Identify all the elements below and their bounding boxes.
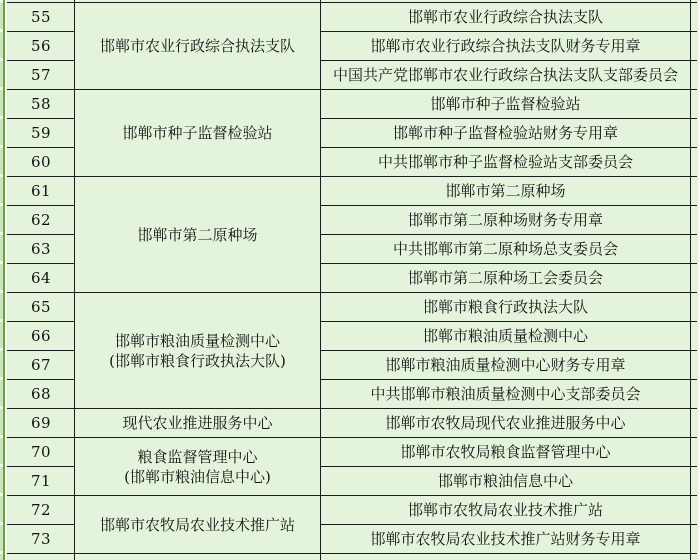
org-name-cell: 粮食监督管理中心 (邯郸市粮油信息中心) bbox=[75, 438, 320, 496]
row-number: 71 bbox=[7, 467, 75, 496]
row-number: 61 bbox=[7, 177, 75, 206]
seal-name-cell: 邯郸市农牧局粮食监督管理中心 bbox=[321, 438, 690, 467]
seal-name-cell: 邯郸市粮油质量检测中心 bbox=[321, 322, 690, 351]
row-number: 58 bbox=[7, 90, 75, 119]
seal-name-cell: 邯郸市农牧局农业技术推广站财务专用章 bbox=[321, 525, 690, 554]
row-number: 73 bbox=[7, 525, 75, 554]
row-number: 62 bbox=[7, 206, 75, 235]
seal-name-cell: 中共邯郸市粮油质量检测中心支部委员会 bbox=[321, 380, 690, 409]
seal-name-cell: 中共邯郸市种子监督检验站支部委员会 bbox=[321, 148, 690, 177]
seal-name-cell: 邯郸市第二原种场 bbox=[321, 177, 690, 206]
row-number: 57 bbox=[7, 61, 75, 90]
row-number: 66 bbox=[7, 322, 75, 351]
seal-name-cell: 邯郸市农牧局现代农业推进服务中心 bbox=[321, 409, 690, 438]
row-number: 63 bbox=[7, 235, 75, 264]
org-name-cell: 邯郸市种子监督检验站 bbox=[75, 90, 320, 177]
seal-name-cell: 邯郸市农业行政综合执法支队 bbox=[321, 3, 690, 32]
seal-name-cell: 邯郸市粮油质量检测中心财务专用章 bbox=[321, 351, 690, 380]
row-number: 72 bbox=[7, 496, 75, 525]
column-seal-name: 邯郸市农业行政综合执法支队 邯郸市农业行政综合执法支队财务专用章 中国共产党邯郸… bbox=[321, 3, 690, 554]
org-seal-table: 55 56 57 58 59 60 61 62 63 64 65 66 67 6… bbox=[0, 0, 699, 560]
row-number: 59 bbox=[7, 119, 75, 148]
org-name-cell: 邯郸市农牧局农业技术推广站 bbox=[75, 496, 320, 554]
left-white-gridline bbox=[5, 0, 7, 560]
seal-name-cell: 邯郸市种子监督检验站财务专用章 bbox=[321, 119, 690, 148]
seal-name-cell: 邯郸市种子监督检验站 bbox=[321, 90, 690, 119]
column-row-numbers: 55 56 57 58 59 60 61 62 63 64 65 66 67 6… bbox=[7, 3, 75, 554]
seal-name-cell: 邯郸市第二原种场工会委员会 bbox=[321, 264, 690, 293]
row-number: 67 bbox=[7, 351, 75, 380]
seal-name-cell: 中共邯郸市第二原种场总支委员会 bbox=[321, 235, 690, 264]
seal-name-cell: 邯郸市第二原种场财务专用章 bbox=[321, 206, 690, 235]
seal-name-cell: 邯郸市农牧局农业技术推广站 bbox=[321, 496, 690, 525]
row-number: 68 bbox=[7, 380, 75, 409]
org-name-cell: 邯郸市农业行政综合执法支队 bbox=[75, 3, 320, 90]
column-organization: 邯郸市农业行政综合执法支队 邯郸市种子监督检验站 邯郸市第二原种场 邯郸市粮油质… bbox=[75, 3, 320, 554]
row-number: 64 bbox=[7, 264, 75, 293]
row-number: 60 bbox=[7, 148, 75, 177]
row-number: 65 bbox=[7, 293, 75, 322]
org-name-cell: 邯郸市粮油质量检测中心 (邯郸市粮食行政执法大队) bbox=[75, 293, 320, 409]
org-name-cell: 邯郸市第二原种场 bbox=[75, 177, 320, 293]
row-number: 69 bbox=[7, 409, 75, 438]
seal-name-cell: 邯郸市粮食行政执法大队 bbox=[321, 293, 690, 322]
row-number: 70 bbox=[7, 438, 75, 467]
row-number: 55 bbox=[7, 3, 75, 32]
seal-name-cell: 邯郸市粮油信息中心 bbox=[321, 467, 690, 496]
row-number: 56 bbox=[7, 32, 75, 61]
seal-name-cell: 中国共产党邯郸市农业行政综合执法支队支部委员会 bbox=[321, 61, 690, 90]
seal-name-cell: 邯郸市农业行政综合执法支队财务专用章 bbox=[321, 32, 690, 61]
org-name-cell: 现代农业推进服务中心 bbox=[75, 409, 320, 438]
